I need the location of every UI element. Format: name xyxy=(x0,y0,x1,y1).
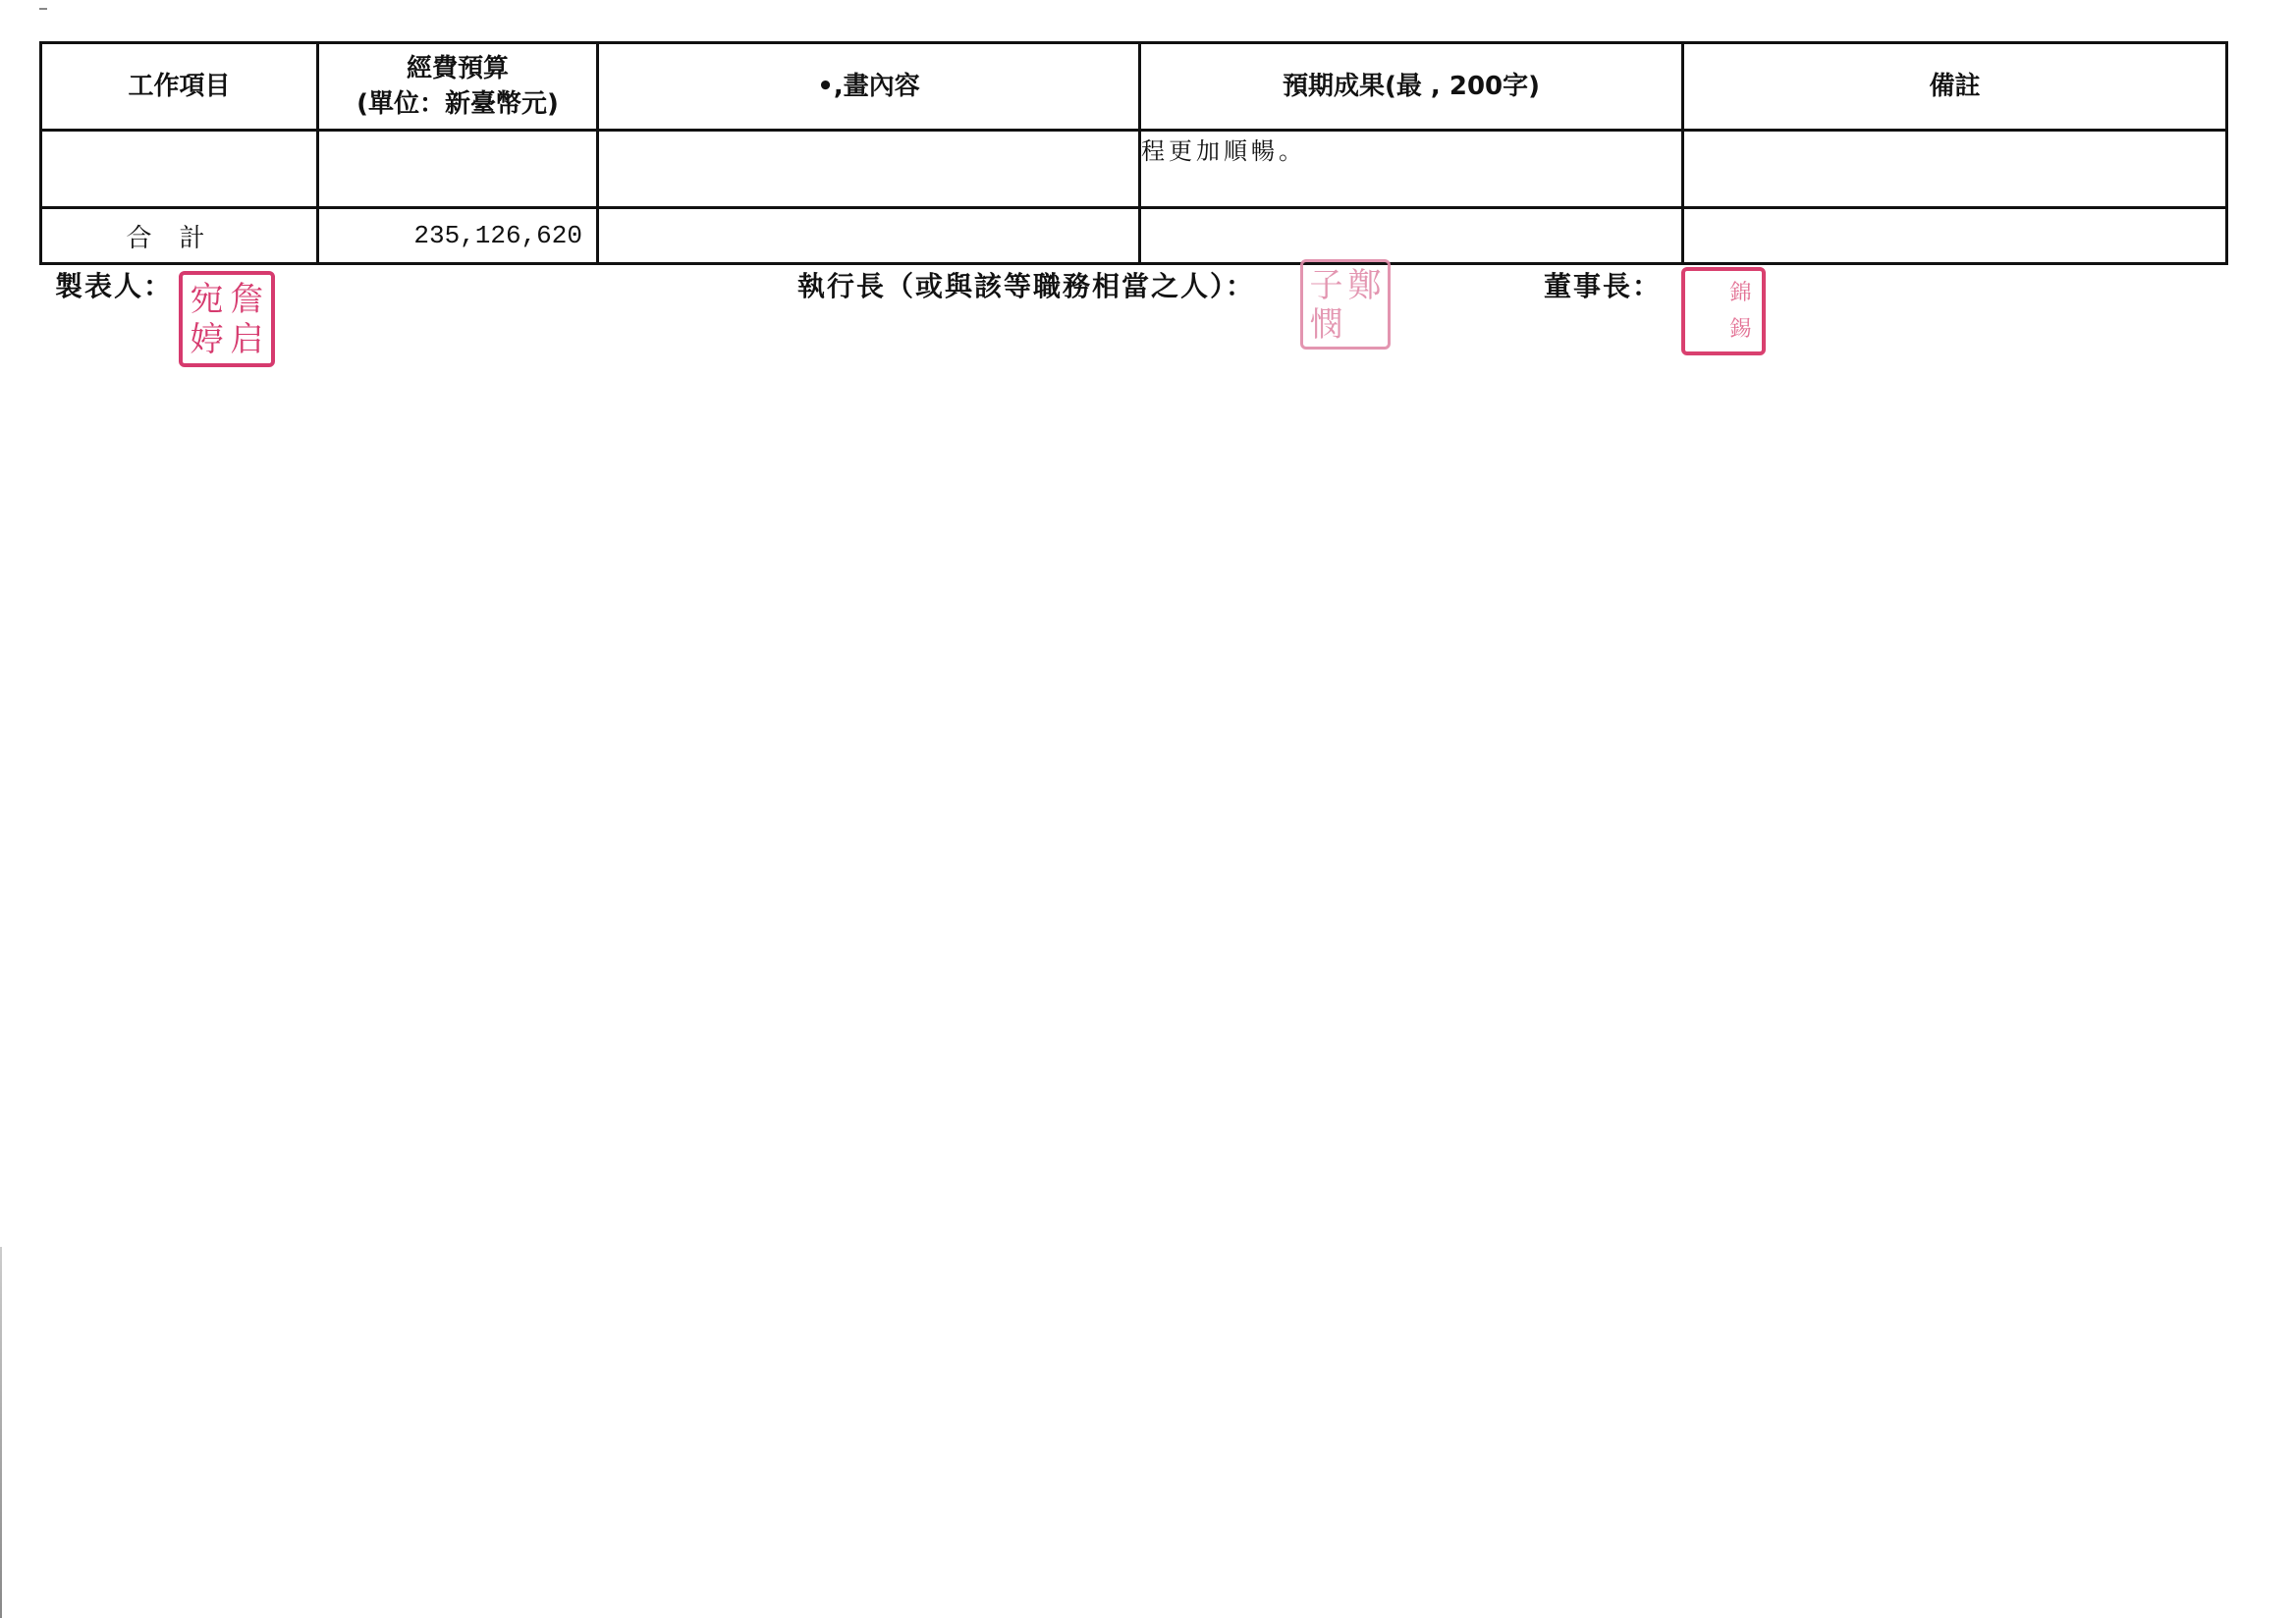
seal-char: 子 xyxy=(1307,266,1345,305)
seal-char: 錦 xyxy=(1723,275,1758,311)
seal-char: 憫 xyxy=(1307,305,1345,345)
chairman-seal-stamp: 錦 錫 xyxy=(1681,267,1766,355)
maker-signature-label: 製表人： xyxy=(55,265,173,304)
header-outcome: 預期成果(最 , 200字) xyxy=(1140,43,1683,131)
header-content: •,畫內容 xyxy=(598,43,1140,131)
cell-outcome: 程更加順暢。 xyxy=(1140,131,1683,208)
total-outcome xyxy=(1140,208,1683,264)
total-content xyxy=(598,208,1140,264)
seal-char: 詹 xyxy=(227,279,267,319)
budget-table: 工作項目 經費預算 (單位：新臺幣元) •,畫內容 預期成果(最 , 200字)… xyxy=(39,41,2228,265)
seal-char: 宛 xyxy=(187,279,227,319)
cell-content xyxy=(598,131,1140,208)
seal-char xyxy=(1345,305,1384,345)
seal-char xyxy=(1689,275,1723,311)
header-budget-line1: 經費預算 xyxy=(319,51,596,86)
table-row: 程更加順暢。 xyxy=(41,131,2227,208)
chairman-signature-label: 董事長： xyxy=(1544,265,1662,304)
header-work-item: 工作項目 xyxy=(41,43,318,131)
seal-char xyxy=(1689,311,1723,348)
seal-char: 錫 xyxy=(1723,311,1758,348)
cell-work-item xyxy=(41,131,318,208)
seal-char: 鄭 xyxy=(1345,266,1384,305)
scan-speck xyxy=(39,8,47,10)
scan-edge xyxy=(0,1247,2,1618)
seal-char: 婷 xyxy=(187,319,227,359)
header-budget-line2: (單位：新臺幣元) xyxy=(319,86,596,122)
total-label: 合計 xyxy=(41,208,318,264)
ceo-seal-stamp: 子 憫 鄭 xyxy=(1300,259,1391,350)
total-remarks xyxy=(1683,208,2227,264)
total-amount: 235,126,620 xyxy=(318,208,598,264)
header-row: 工作項目 經費預算 (單位：新臺幣元) •,畫內容 預期成果(最 , 200字)… xyxy=(41,43,2227,131)
seal-char: 启 xyxy=(227,319,267,359)
header-budget: 經費預算 (單位：新臺幣元) xyxy=(318,43,598,131)
header-remarks: 備註 xyxy=(1683,43,2227,131)
ceo-signature-label: 執行長（或與該等職務相當之人）： xyxy=(797,265,1255,304)
cell-budget xyxy=(318,131,598,208)
total-row: 合計 235,126,620 xyxy=(41,208,2227,264)
cell-remarks xyxy=(1683,131,2227,208)
maker-seal-stamp: 宛 婷 詹 启 xyxy=(179,271,275,367)
